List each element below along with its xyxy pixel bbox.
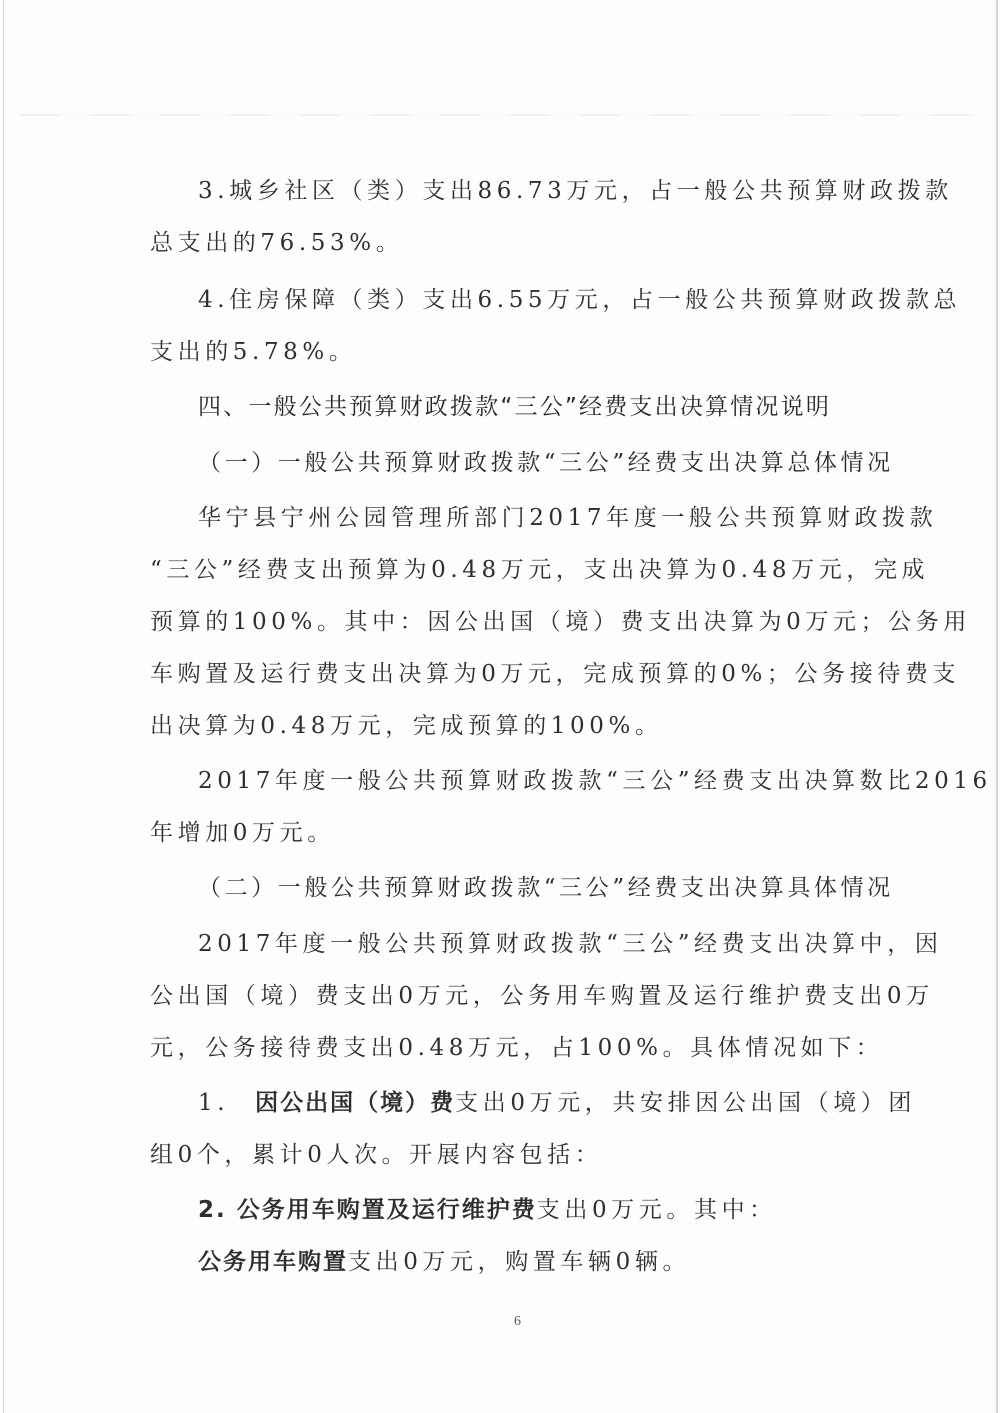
item-2-rest: 支出0万元。其中： (537, 1197, 777, 1223)
scan-edge-left (3, 0, 4, 1413)
item-1-rest: 支出0万元，共安排因公出国（境）团 (455, 1090, 916, 1116)
item-2-line: 2. 公务用车购置及运行维护费支出0万元。其中： (198, 1195, 777, 1225)
specific-paragraph-line-1: 2017年度一般公共预算财政拨款“三公”经费支出决算中，因 (198, 929, 942, 959)
paragraph-item-4-line-1: 4.住房保障（类）支出6.55万元，占一般公共预算财政拨款总 (198, 285, 961, 315)
overall-paragraph-line-4: 车购置及运行费支出决算为0万元，完成预算的0%；公务接待费支 (150, 659, 960, 689)
subsection-2-heading: （二）一般公共预算财政拨款“三公”经费支出决算具体情况 (198, 873, 894, 903)
overall-paragraph-line-5: 出决算为0.48万元，完成预算的100%。 (150, 711, 663, 741)
document-page: 3.城乡社区（类）支出86.73万元，占一般公共预算财政拨款 总支出的76.53… (0, 0, 1000, 1413)
section-4-heading: 四、一般公共预算财政拨款“三公”经费支出决算情况说明 (198, 392, 831, 422)
paragraph-item-4-line-2: 支出的5.78%。 (150, 337, 356, 367)
comparison-paragraph-line-1: 2017年度一般公共预算财政拨款“三公”经费支出决算数比2016 (198, 766, 992, 796)
item-1-number: 1. (198, 1090, 229, 1116)
item-2-purchase-rest: 支出0万元，购置车辆0辆。 (348, 1249, 690, 1275)
overall-paragraph-line-1: 华宁县宁州公园管理所部门2017年度一般公共预算财政拨款 (198, 503, 937, 533)
item-1-line-2: 组0个，累计0人次。开展内容包括： (150, 1140, 602, 1170)
item-2-purchase-line: 公务用车购置支出0万元，购置车辆0辆。 (198, 1247, 690, 1277)
overall-paragraph-line-3: 预算的100%。其中：因公出国（境）费支出决算为0万元；公务用 (150, 607, 971, 637)
subsection-1-heading: （一）一般公共预算财政拨款“三公”经费支出决算总体情况 (198, 448, 894, 478)
paragraph-item-3-line-2: 总支出的76.53%。 (150, 228, 403, 258)
scan-edge-right (996, 0, 998, 1413)
item-1-line-1: 1.因公出国（境）费支出0万元，共安排因公出国（境）团 (198, 1088, 916, 1118)
comparison-paragraph-line-2: 年增加0万元。 (150, 818, 335, 848)
page-number: 6 (514, 1314, 521, 1330)
item-1-bold-label: 因公出国（境）费 (255, 1090, 455, 1116)
specific-paragraph-line-2: 公出国（境）费支出0万元，公务用车购置及运行维护费支出0万 (150, 981, 934, 1011)
specific-paragraph-line-3: 元，公务接待费支出0.48万元，占100%。具体情况如下： (150, 1033, 883, 1063)
item-2-bold-label: 2. 公务用车购置及运行维护费 (198, 1197, 537, 1223)
scan-bleed-through (20, 114, 980, 116)
overall-paragraph-line-2: “三公”经费支出预算为0.48万元，支出决算为0.48万元，完成 (150, 555, 929, 585)
paragraph-item-3-line-1: 3.城乡社区（类）支出86.73万元，占一般公共预算财政拨款 (198, 176, 953, 206)
item-2-purchase-bold-label: 公务用车购置 (198, 1249, 348, 1275)
